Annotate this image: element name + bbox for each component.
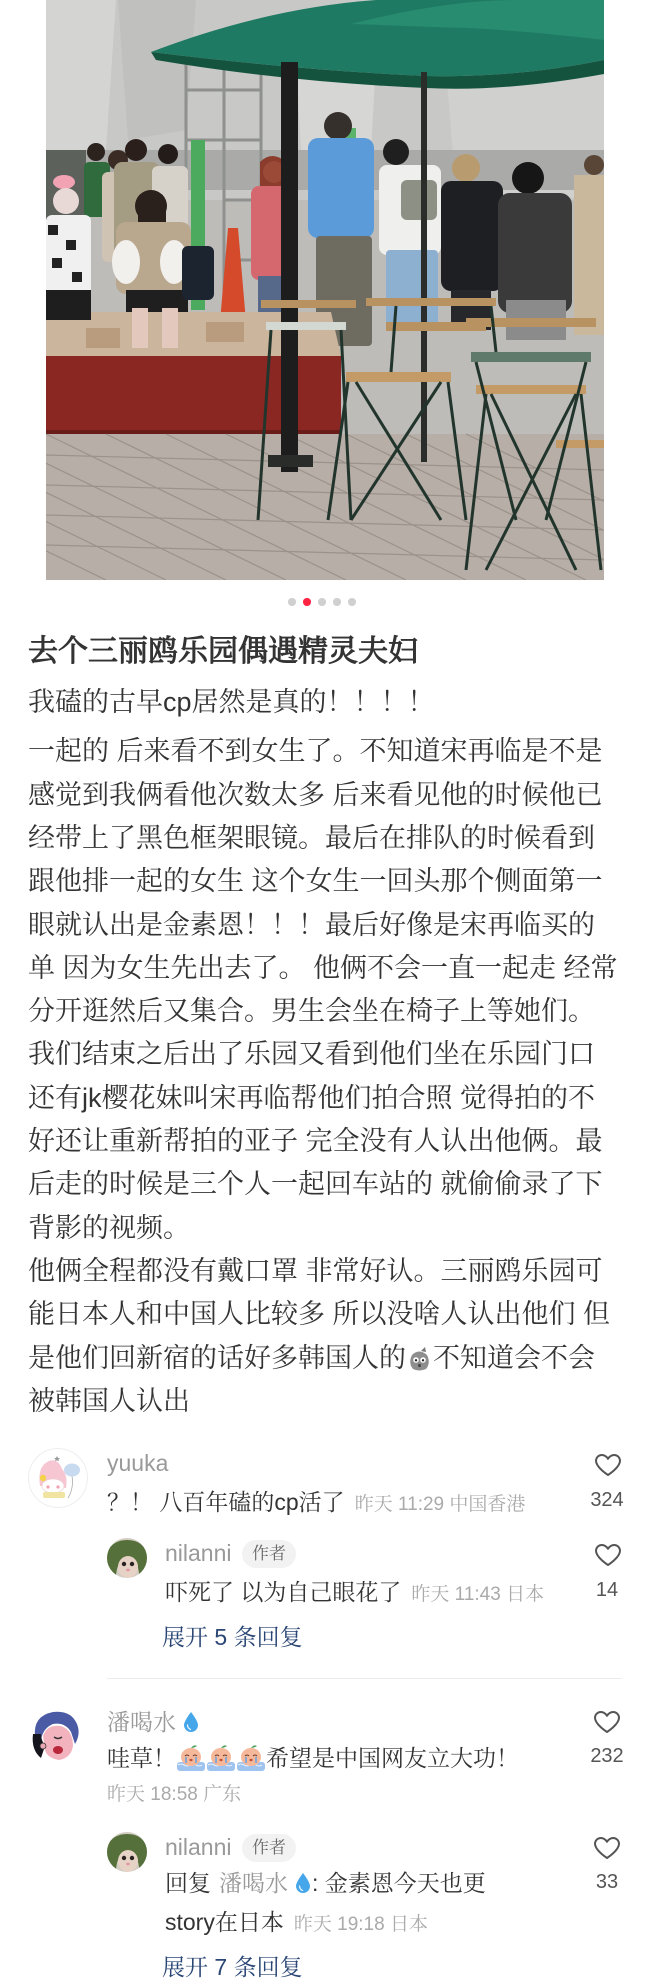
reply-username[interactable]: nilanni (165, 1832, 232, 1862)
anime-girl-avatar[interactable] (27, 1706, 87, 1766)
post-body-line: 他俩全程都没有戴口罩 非常好认。三丽鸥乐园可 (28, 1250, 618, 1293)
post-body-line: 还有jk樱花妹叫宋再临帮他们拍合照 觉得拍的不 (28, 1077, 618, 1120)
reply-content-line2[interactable]: story在日本昨天 19:18 日本 (165, 1907, 428, 1940)
carousel-dot-4 (333, 598, 341, 606)
reply-text: story在日本 (165, 1909, 284, 1935)
like-count: 33 (577, 1870, 637, 1894)
post-subtitle: 我磕的古早cp居然是真的！！！！ (28, 681, 435, 724)
expand-replies-button[interactable]: 展开 5 条回复 (162, 1622, 303, 1652)
cat-green-hood-avatar[interactable] (107, 1538, 147, 1578)
reply-username[interactable]: nilanni (165, 1538, 232, 1568)
like-count: 324 (577, 1488, 637, 1512)
post-body-line: 后走的时候是三个人一起回车站的 就偷偷录了下 (28, 1163, 618, 1206)
reply-time: 昨天 11:43 (411, 1584, 500, 1605)
water-drop-icon (294, 1871, 312, 1893)
post-body-line: 经带上了黑色框架眼镜。最后在排队的时候看到 (28, 817, 618, 860)
carousel-dot-1 (288, 598, 296, 606)
reply-meta: 昨天 19:18 日本 (294, 1914, 428, 1935)
reply-mention-link[interactable]: 潘喝水 (219, 1870, 288, 1896)
reply-meta: 昨天 11:43 日本 (411, 1584, 544, 1605)
crying-peach-sticker-icon (206, 1744, 236, 1772)
carousel-indicator (0, 598, 647, 606)
comment-content[interactable]: 哇草！希望是中国网友立大功！ (107, 1743, 519, 1773)
comment-text: ？！ 八百年磕的cp活了 (107, 1489, 345, 1515)
post-body: 一起的 后来看不到女生了。不知道宋再临是不是 感觉到我俩看他次数太多 后来看见他… (28, 730, 618, 1423)
comment-meta: 昨天 18:58 广东 (107, 1780, 241, 1810)
comment-username-row[interactable]: 潘喝水 (107, 1707, 200, 1737)
reply-location: 日本 (506, 1584, 544, 1605)
comment-text: 希望是中国网友立大功！ (266, 1745, 519, 1771)
carousel-dot-2-active (303, 598, 311, 606)
like-count: 232 (577, 1744, 637, 1768)
comment-location: 中国香港 (449, 1494, 525, 1515)
like-count: 14 (577, 1578, 637, 1602)
comment-divider (107, 1678, 622, 1679)
carousel-dot-3 (318, 598, 326, 606)
post-detail-page: 去个三丽鸥乐园偶遇精灵夫妇 我磕的古早cp居然是真的！！！！ 一起的 后来看不到… (0, 0, 650, 1982)
post-body-text: 是他们回新宿的话好多韩国人的 (28, 1343, 406, 1373)
post-body-line: 被韩国人认出 (28, 1380, 618, 1423)
reply-text: 吓死了 以为自己眼花了 (165, 1579, 401, 1605)
post-image-carousel[interactable] (46, 0, 604, 580)
reply-content[interactable]: 回复潘喝水: 金素恩今天也更 (165, 1868, 486, 1898)
crying-peach-sticker-icon (176, 1744, 206, 1772)
comment-meta: 昨天 11:29 中国香港 (355, 1494, 526, 1515)
post-body-line: 能日本人和中国人比较多 所以没啥人认出他们 但 (28, 1293, 618, 1336)
carousel-dot-5 (348, 598, 356, 606)
cat-green-hood-avatar[interactable] (107, 1832, 147, 1872)
comment-location: 广东 (203, 1784, 241, 1805)
author-badge: 作者 (242, 1834, 296, 1862)
post-body-line: 眼就认出是金素恩！！！最后好像是宋再临买的 (28, 904, 618, 947)
comment-username[interactable]: 潘喝水 (107, 1709, 176, 1735)
post-body-line: 感觉到我俩看他次数太多 后来看见他的时候他已 (28, 774, 618, 817)
post-body-line: 一起的 后来看不到女生了。不知道宋再临是不是 (28, 730, 618, 773)
reply-text: : 金素恩今天也更 (312, 1870, 486, 1896)
post-body-line: 单 因为女生先出去了。 他俩不会一直一起走 经常 (28, 947, 618, 990)
post-body-line: 好还让重新帮拍的亚子 完全没有人认出他俩。最 (28, 1120, 618, 1163)
comment-content[interactable]: ？！ 八百年磕的cp活了昨天 11:29 中国香港 (107, 1487, 525, 1520)
comment-text: 哇草！ (107, 1745, 176, 1771)
post-body-line: 是他们回新宿的话好多韩国人的不知道会不会 (28, 1337, 618, 1380)
comment-username[interactable]: yuuka (107, 1448, 168, 1478)
my-melody-avatar[interactable] (28, 1448, 88, 1508)
reply-location: 日本 (390, 1914, 428, 1935)
heart-icon[interactable] (594, 1543, 622, 1567)
reply-content[interactable]: 吓死了 以为自己眼花了昨天 11:43 日本 (165, 1577, 544, 1610)
comment-time: 昨天 18:58 (107, 1784, 198, 1805)
heart-icon[interactable] (594, 1453, 622, 1477)
reply-time: 昨天 19:18 (294, 1914, 385, 1935)
water-drop-icon (182, 1710, 200, 1732)
comment-time: 昨天 11:29 (355, 1494, 444, 1515)
author-badge: 作者 (242, 1540, 296, 1568)
post-body-line: 我们结束之后出了乐园又看到他们坐在乐园门口 (28, 1033, 618, 1076)
post-body-text: 不知道会不会 (433, 1343, 595, 1373)
post-body-line: 跟他排一起的女生 这个女生一回头那个侧面第一 (28, 860, 618, 903)
post-photo (46, 0, 604, 580)
post-body-line: 背影的视频。 (28, 1207, 618, 1250)
reply-prefix: 回复 (165, 1870, 211, 1896)
heart-icon[interactable] (593, 1836, 621, 1860)
post-title: 去个三丽鸥乐园偶遇精灵夫妇 (28, 632, 418, 672)
expand-replies-button[interactable]: 展开 7 条回复 (162, 1952, 303, 1982)
scared-face-sticker-icon (406, 1342, 433, 1369)
heart-icon[interactable] (593, 1710, 621, 1734)
crying-peach-sticker-icon (236, 1744, 266, 1772)
post-body-line: 分开逛然后又集合。男生会坐在椅子上等她们。 (28, 990, 618, 1033)
